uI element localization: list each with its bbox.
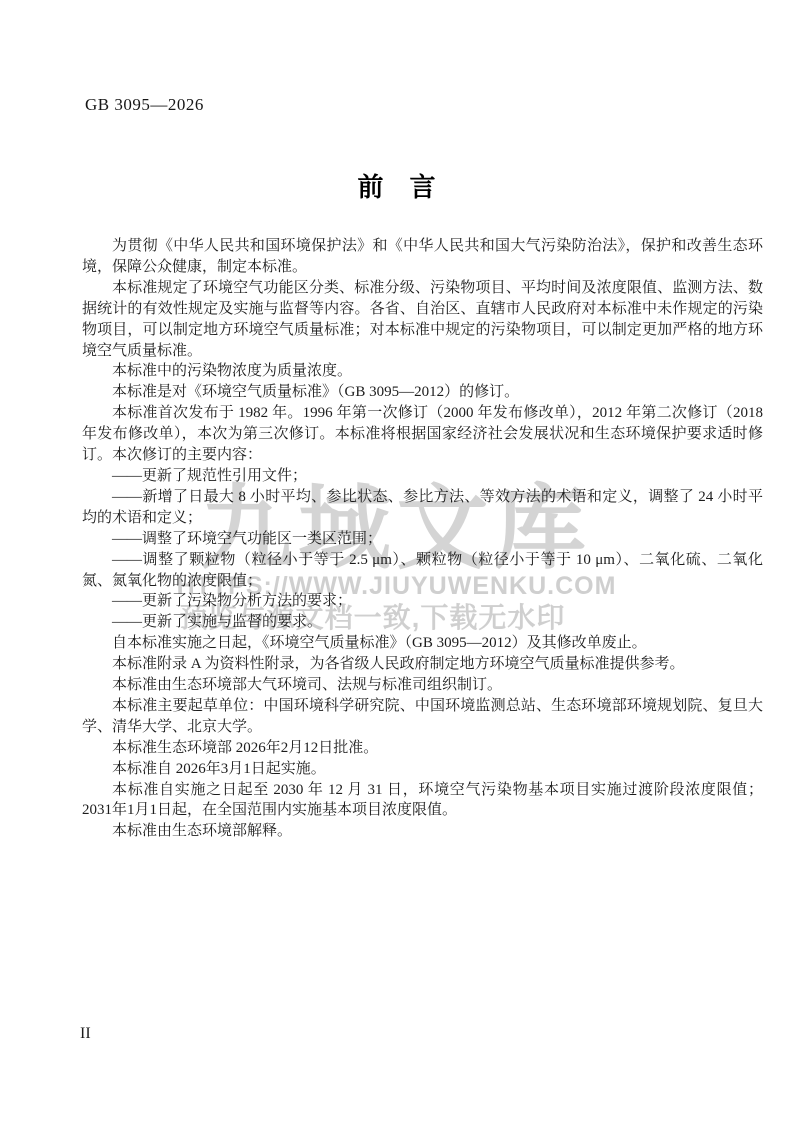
- paragraph: ——更新了污染物分析方法的要求；: [82, 591, 763, 612]
- document-page: GB 3095—2026 九域文库 HTTPS://WWW.JIUYUWENKU…: [0, 0, 793, 1122]
- paragraph: ——调整了颗粒物（粒径小于等于 2.5 μm）、颗粒物（粒径小于等于 10 μm…: [82, 550, 763, 592]
- paragraph: 本标准附录 A 为资料性附录，为各省级人民政府制定地方环境空气质量标准提供参考。: [82, 654, 763, 675]
- paragraph: 为贯彻《中华人民共和国环境保护法》和《中华人民共和国大气污染防治法》，保护和改善…: [82, 236, 763, 278]
- paragraph: ——新增了日最大 8 小时平均、参比状态、参比方法、等效方法的术语和定义，调整了…: [82, 487, 763, 529]
- page-title: 前 言: [0, 167, 793, 204]
- paragraph: 本标准生态环境部 2026年2月12日批准。: [82, 738, 763, 759]
- paragraph: 本标准主要起草单位：中国环境科学研究院、中国环境监测总站、生态环境部环境规划院、…: [82, 696, 763, 738]
- paragraph: 本标准由生态环境部大气环境司、法规与标准司组织制订。: [82, 675, 763, 696]
- paragraph: 本标准自实施之日起至 2030 年 12 月 31 日，环境空气污染物基本项目实…: [82, 780, 763, 822]
- paragraph: ——更新了实施与监督的要求。: [82, 612, 763, 633]
- page-number: II: [80, 1025, 91, 1043]
- paragraph: 本标准中的污染物浓度为质量浓度。: [82, 361, 763, 382]
- paragraph: 本标准规定了环境空气功能区分类、标准分级、污染物项目、平均时间及浓度限值、监测方…: [82, 278, 763, 362]
- paragraph: 本标准首次发布于 1982 年。1996 年第一次修订（2000 年发布修改单）…: [82, 403, 763, 466]
- paragraph: 自本标准实施之日起，《环境空气质量标准》（GB 3095—2012）及其修改单废…: [82, 633, 763, 654]
- paragraph: 本标准由生态环境部解释。: [82, 821, 763, 842]
- foreword-body: 为贯彻《中华人民共和国环境保护法》和《中华人民共和国大气污染防治法》，保护和改善…: [82, 236, 763, 842]
- paragraph: ——调整了环境空气功能区一类区范围；: [82, 529, 763, 550]
- standard-number: GB 3095—2026: [85, 95, 204, 115]
- paragraph: 本标准是对《环境空气质量标准》（GB 3095—2012）的修订。: [82, 382, 763, 403]
- paragraph: 本标准自 2026年3月1日起实施。: [82, 759, 763, 780]
- paragraph: ——更新了规范性引用文件；: [82, 466, 763, 487]
